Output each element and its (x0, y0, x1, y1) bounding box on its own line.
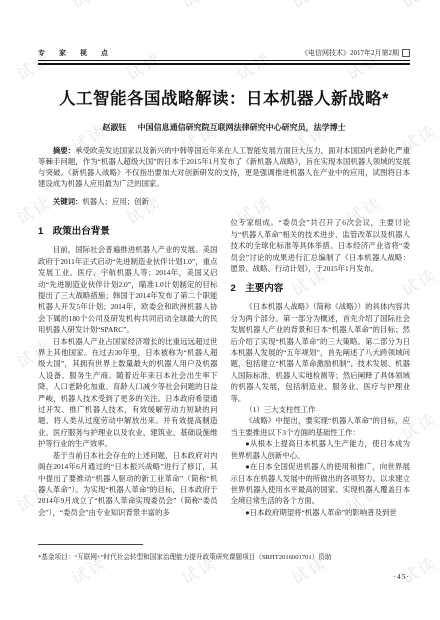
paragraph: 目前，国际社会普遍推进机器人产业的发展。美国政府于2011年正式启动“先进制造业… (38, 244, 218, 335)
watermark-text: 试读 (0, 262, 1, 301)
abstract-text: 承受欧美发达国家以及新兴的中韩等国近年来在人工智能发展方面巨大压力，面对本国国内… (38, 146, 410, 188)
bullet-item: ●在日本全国促进机器人的使用和推广，向世界展示日本在机器人发展中的所做出的各项努… (231, 461, 411, 507)
bullet-item: ●从根本上提高日本机器人生产能力，使日本成为世界机器人创新中心。 (231, 438, 411, 461)
article-title: 人工智能各国战略解读：日本机器人新战略* (38, 85, 410, 109)
keywords: 关键词：机器人；应用；创新 (38, 196, 410, 207)
column-section-label: 专 家 视 点 (38, 48, 114, 58)
paragraph: 位专家组成。“委员会”共召开了6次会议，主要讨论与“机器人革命”相关的技术进步、… (231, 217, 411, 274)
abstract-label: 摘要： (53, 146, 75, 155)
watermark-text: 试读 (0, 550, 1, 589)
page-number: ·45· (38, 572, 410, 581)
journal-page: 试读试读试读试读试读试读试读试读试读试读试读试读试读试读试读试读试读试读试读试读… (0, 0, 440, 620)
header-divider (38, 60, 410, 65)
bullet-item: ●日本政府期望将“机器人革命”的影响普及到世 (231, 507, 411, 518)
paragraph: 《战略》中提出，要实现“机器人革命”的目标，应当主要推进以下3个方面的基础性工作… (231, 415, 411, 438)
author-affiliation: 中国信息通信研究院互联网法律研究中心研究员，法学博士 (138, 123, 346, 132)
paragraph: 基于当前日本社会存在的上述问题，日本政府对内阁在2014年6月通过的“日本振兴战… (38, 450, 218, 518)
section-heading-1: 1 政策出台背景 (38, 223, 218, 237)
watermark-text: 试读 (177, 0, 221, 13)
journal-issue-info: 《电信网技术》2017年2月第2期 (301, 48, 410, 58)
subheading: （1）三大支柱性工作 (231, 404, 411, 415)
watermark-text: 试读 (67, 0, 111, 13)
paragraph: 《日本机器人战略》（简称《战略》）的具体内容共分为两个部分。第一部分为概述，首先… (231, 301, 411, 404)
section-heading-2: 2 主要内容 (231, 280, 411, 294)
author-name: 赵淑钰 (102, 123, 126, 132)
page-footer: *基金项目：“互联网+”时代社会转型和国家治理能力提升政策研究课题项目（SRHT… (38, 544, 410, 581)
left-column: 1 政策出台背景 目前，国际社会普遍推进机器人产业的发展。美国政府于2011年正… (38, 217, 218, 518)
footnote-text: *基金项目：“互联网+”时代社会转型和国家治理能力提升政策研究课题项目（SRHT… (38, 551, 410, 561)
byline: 赵淑钰 中国信息通信研究院互联网法律研究中心研究员，法学博士 (38, 122, 410, 133)
watermark-text: 试读 (0, 0, 1, 13)
keywords-text: 机器人；应用；创新 (82, 197, 149, 206)
abstract: 摘要：承受欧美发达国家以及新兴的中韩等国近年来在人工智能发展方面巨大压力，面对本… (38, 145, 410, 189)
two-column-body: 1 政策出台背景 目前，国际社会普遍推进机器人产业的发展。美国政府于2011年正… (38, 217, 410, 518)
paragraph: 日本机器人产业占国家经济增长的比重远远超过世界上其他国家。在过去30年里，日本被… (38, 336, 218, 450)
issue-box-icon (402, 49, 410, 57)
right-column: 位专家组成。“委员会”共召开了6次会议，主要讨论与“机器人革命”相关的技术进步、… (231, 217, 411, 518)
page-header: 专 家 视 点 《电信网技术》2017年2月第2期 (38, 48, 410, 58)
footnote-divider (38, 544, 143, 545)
watermark-text: 试读 (0, 406, 1, 445)
watermark-text: 试读 (0, 118, 1, 157)
page-content: 专 家 视 点 《电信网技术》2017年2月第2期 人工智能各国战略解读：日本机… (38, 48, 410, 518)
journal-issue-text: 《电信网技术》2017年2月第2期 (301, 48, 399, 58)
keywords-label: 关键词： (53, 197, 83, 206)
watermark-text: 试读 (287, 0, 331, 13)
watermark-text: 试读 (397, 0, 440, 13)
